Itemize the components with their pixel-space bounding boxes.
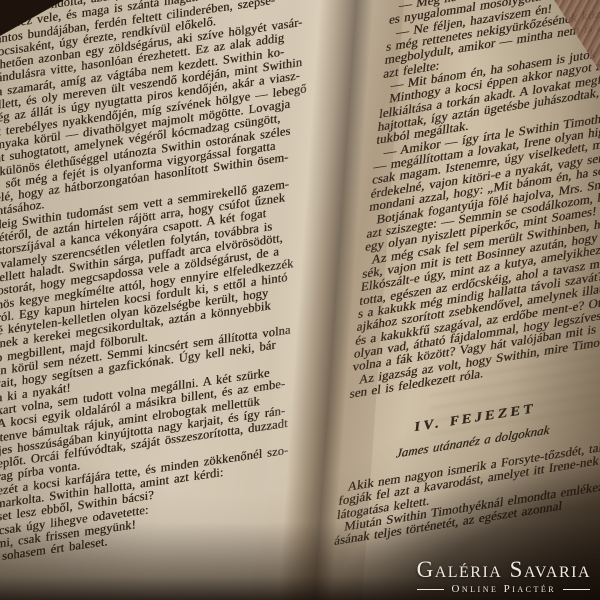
left-page-text: Swithin azt gondolta, azért, mert bornas…	[0, 0, 359, 567]
watermark: Galéria Savaria Online Piactér	[417, 558, 591, 595]
watermark-rule-right	[563, 589, 590, 591]
watermark-subtitle-text: Online Piactér	[451, 584, 556, 595]
book-photo: Swithin azt gondolta, azért, mert bornas…	[0, 0, 600, 600]
watermark-rule-left	[417, 589, 444, 591]
watermark-title: Galéria Savaria	[417, 558, 591, 581]
watermark-subtitle: Online Piactér	[417, 584, 591, 595]
right-page-paragraphs: — Meg ne moccanjon! —es nyugalommal moso…	[349, 0, 600, 401]
